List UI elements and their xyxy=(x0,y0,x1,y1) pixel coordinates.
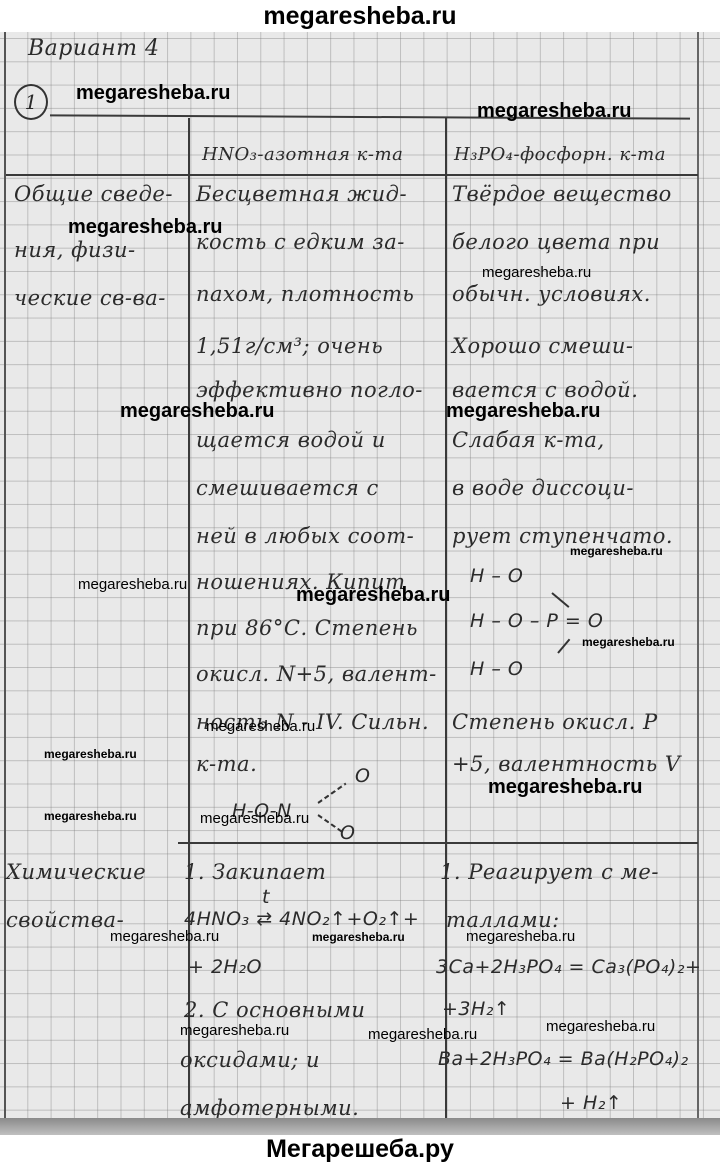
hno3-r1-line: окисл. N+5, валент- xyxy=(196,662,437,686)
watermark: megaresheba.ru xyxy=(68,216,223,239)
header-row-rule xyxy=(6,174,698,176)
h3po4-r1-line: белого цвета при xyxy=(452,230,660,254)
hno3-r1-line: смешивается с xyxy=(196,476,379,500)
hno3-r1-line: при 86°С. Степень xyxy=(196,616,418,640)
hno3-r2-line: t xyxy=(262,886,270,908)
header-hno3: HNO₃-азотная к-та xyxy=(202,144,403,165)
watermark: megaresheba.ru xyxy=(570,544,663,558)
h3po4-r1-line: Степень окисл. P xyxy=(452,710,658,734)
site-banner: megaresheba.ru xyxy=(0,0,720,32)
watermark: megaresheba.ru xyxy=(446,400,601,423)
watermark: megaresheba.ru xyxy=(312,930,405,944)
watermark: megaresheba.ru xyxy=(482,264,591,281)
hno3-r2-line: 1. Закипает xyxy=(184,860,326,884)
hno3-r1-line: Бесцветная жид- xyxy=(196,182,407,206)
page-left-edge xyxy=(4,32,6,1122)
hno3-r1-line: пахом, плотность xyxy=(196,282,414,306)
watermark: megaresheba.ru xyxy=(368,1026,477,1043)
watermark: megaresheba.ru xyxy=(180,1022,289,1039)
h3po4-structure-line1: H – O xyxy=(470,565,523,587)
task-number-circle: 1 xyxy=(14,84,48,120)
watermark: megaresheba.ru xyxy=(44,809,137,823)
hno3-r1-line: кость с едким за- xyxy=(196,230,405,254)
watermark: megaresheba.ru xyxy=(477,100,632,123)
watermark: megaresheba.ru xyxy=(296,584,451,607)
watermark: megaresheba.ru xyxy=(206,718,315,735)
watermark: megaresheba.ru xyxy=(44,747,137,761)
row1-label-line3: ческие св-ва- xyxy=(14,286,166,310)
h3po4-r1-line: Слабая к-та, xyxy=(452,428,605,452)
h3po4-r2-line: 1. Реагирует с ме- xyxy=(440,860,659,884)
h3po4-r1-line: Твёрдое вещество xyxy=(452,182,672,206)
site-footer: Мегарешеба.ру xyxy=(0,1135,720,1163)
row1-label-line1: Общие сведе- xyxy=(14,182,173,206)
row1-label-line2: ния, физи- xyxy=(14,238,136,262)
h3po4-r1-line: вается с водой. xyxy=(452,378,638,402)
h3po4-r1-line: в воде диссоци- xyxy=(452,476,634,500)
row-divider xyxy=(178,842,698,844)
notebook-page: Вариант 4 1 HNO₃-азотная к-та H₃PO₄-фосф… xyxy=(0,32,720,1122)
watermark: megaresheba.ru xyxy=(488,776,643,799)
watermark: megaresheba.ru xyxy=(582,635,675,649)
h3po4-r1-line: Хорошо смеши- xyxy=(452,334,634,358)
hno3-r1-line: щается водой и xyxy=(196,428,386,452)
h3po4-r2-line: Ba+2H₃PO₄ = Ba(H₂PO₄)₂ xyxy=(438,1048,689,1070)
hno3-r1-line: эффективно погло- xyxy=(196,378,423,402)
hno3-r1-line: ней в любых соот- xyxy=(196,524,414,548)
watermark: megaresheba.ru xyxy=(120,400,275,423)
hno3-r2-line: 2. С основными xyxy=(184,998,365,1022)
hno3-r1-line: к-та. xyxy=(196,752,257,776)
h3po4-bond-top xyxy=(551,592,569,608)
watermark: megaresheba.ru xyxy=(78,576,187,593)
h3po4-r2-line: + H₂↑ xyxy=(560,1092,622,1114)
row2-label-line2: свойства- xyxy=(6,908,124,932)
h3po4-structure-line2: H – O – P = O xyxy=(470,610,603,632)
watermark: megaresheba.ru xyxy=(110,928,219,945)
h3po4-r2-line: +3H₂↑ xyxy=(442,998,510,1020)
h3po4-bond-bottom xyxy=(557,639,570,654)
hno3-bond-top xyxy=(317,783,346,804)
watermark: megaresheba.ru xyxy=(200,810,309,827)
watermark: megaresheba.ru xyxy=(76,82,231,105)
hno3-r1-line: 1,51г/см³; очень xyxy=(196,334,383,358)
h3po4-r1-line: обычн. условиях. xyxy=(452,282,651,306)
h3po4-r2-line: 3Ca+2H₃PO₄ = Ca₃(PO₄)₂+ xyxy=(436,956,701,978)
row2-label-line1: Химические xyxy=(6,860,146,884)
hno3-r2-line: амфотерными. xyxy=(180,1096,359,1120)
hno3-r2-line: оксидами; и xyxy=(180,1048,320,1072)
h3po4-r1-line: +5, валентность V xyxy=(452,752,681,776)
hno3-r2-line: + 2H₂O xyxy=(188,956,262,978)
header-h3po4: H₃PO₄-фосфорн. к-та xyxy=(454,144,666,165)
h3po4-structure-line3: H – O xyxy=(470,658,523,680)
hno3-r2-line: 4HNO₃ ⇄ 4NO₂↑+O₂↑+ xyxy=(184,908,419,930)
hno3-structure-o-bottom: O xyxy=(340,822,355,844)
watermark: megaresheba.ru xyxy=(546,1018,655,1035)
hno3-structure-o-top: O xyxy=(355,765,370,787)
variant-title: Вариант 4 xyxy=(28,36,160,61)
watermark: megaresheba.ru xyxy=(466,928,575,945)
